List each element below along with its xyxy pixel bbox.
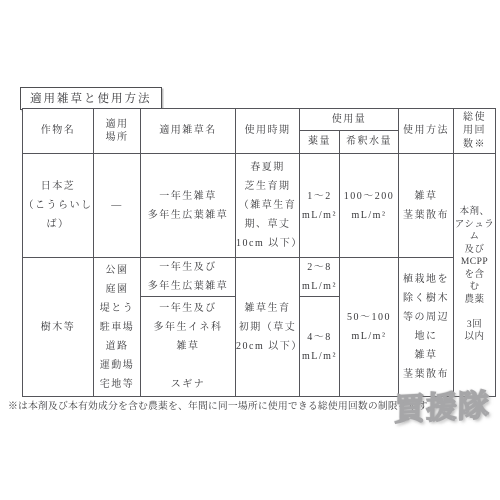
cell-trees-water: 50〜100 mL/m²	[340, 258, 399, 397]
col-header-water: 希釈水量	[340, 131, 399, 154]
col-header-total-count: 総使 用回 数※	[454, 109, 496, 154]
table-row-trees-broadleaf: 樹木等 公園 庭園 堤とう 駐車場 道路 運動場 宅地等 一年生及び 多年生広葉…	[23, 258, 496, 297]
col-header-period: 使用時期	[236, 109, 300, 154]
cell-trees-dose-grass: 4〜8 mL/m²	[300, 297, 340, 397]
cell-trees-dose-broadleaf: 2〜8 mL/m²	[300, 258, 340, 297]
table-row-lawn: 日本芝 （こうらいしば） ― 一年生雑草 多年生広葉雑草 春夏期 芝生育期 （雑…	[23, 154, 496, 258]
cell-trees-weeds-broadleaf: 一年生及び 多年生広葉雑草	[141, 258, 236, 297]
cell-trees-period: 雑草生育 初期（草丈 20cm 以下）	[236, 258, 300, 397]
col-header-method: 使用方法	[399, 109, 454, 154]
cell-lawn-method: 雑草 茎葉散布	[399, 154, 454, 258]
cell-lawn-weeds: 一年生雑草 多年生広葉雑草	[141, 154, 236, 258]
cell-trees-weeds-grass: 一年生及び 多年生イネ科 雑草 スギナ	[141, 297, 236, 397]
col-header-place: 適用 場所	[94, 109, 141, 154]
watermark: 買援隊	[394, 379, 491, 429]
cell-trees-method: 植栽地を 除く樹木 等の周辺 地に 雑草 茎葉散布	[399, 258, 454, 397]
cell-total-count: 本剤、 アシュラム 及び MCPP を含 む 農薬 3回 以内	[454, 154, 496, 397]
col-header-crop: 作物名	[23, 109, 94, 154]
col-header-amount: 使用量	[300, 109, 399, 131]
cell-lawn-dose: 1〜2 mL/m²	[300, 154, 340, 258]
cell-trees-place: 公園 庭園 堤とう 駐車場 道路 運動場 宅地等	[94, 258, 141, 397]
header-row-1: 作物名 適用 場所 適用雑草名 使用時期 使用量 使用方法 総使 用回 数※	[23, 109, 496, 131]
cell-lawn-crop: 日本芝 （こうらいしば）	[23, 154, 94, 258]
usage-table: 作物名 適用 場所 適用雑草名 使用時期 使用量 使用方法 総使 用回 数※ 薬…	[22, 108, 496, 397]
col-header-weeds: 適用雑草名	[141, 109, 236, 154]
cell-lawn-place: ―	[94, 154, 141, 258]
cell-lawn-period: 春夏期 芝生育期 （雑草生育 期、草丈 10cm 以下）	[236, 154, 300, 258]
page-title: 適用雑草と使用方法	[20, 87, 162, 110]
col-header-dose: 薬量	[300, 131, 340, 154]
cell-trees-crop: 樹木等	[23, 258, 94, 397]
cell-lawn-water: 100〜200 mL/m²	[340, 154, 399, 258]
document-page: 適用雑草と使用方法 作物名 適用 場所 適用雑草名 使用時期 使用量 使用方法 …	[0, 0, 500, 500]
